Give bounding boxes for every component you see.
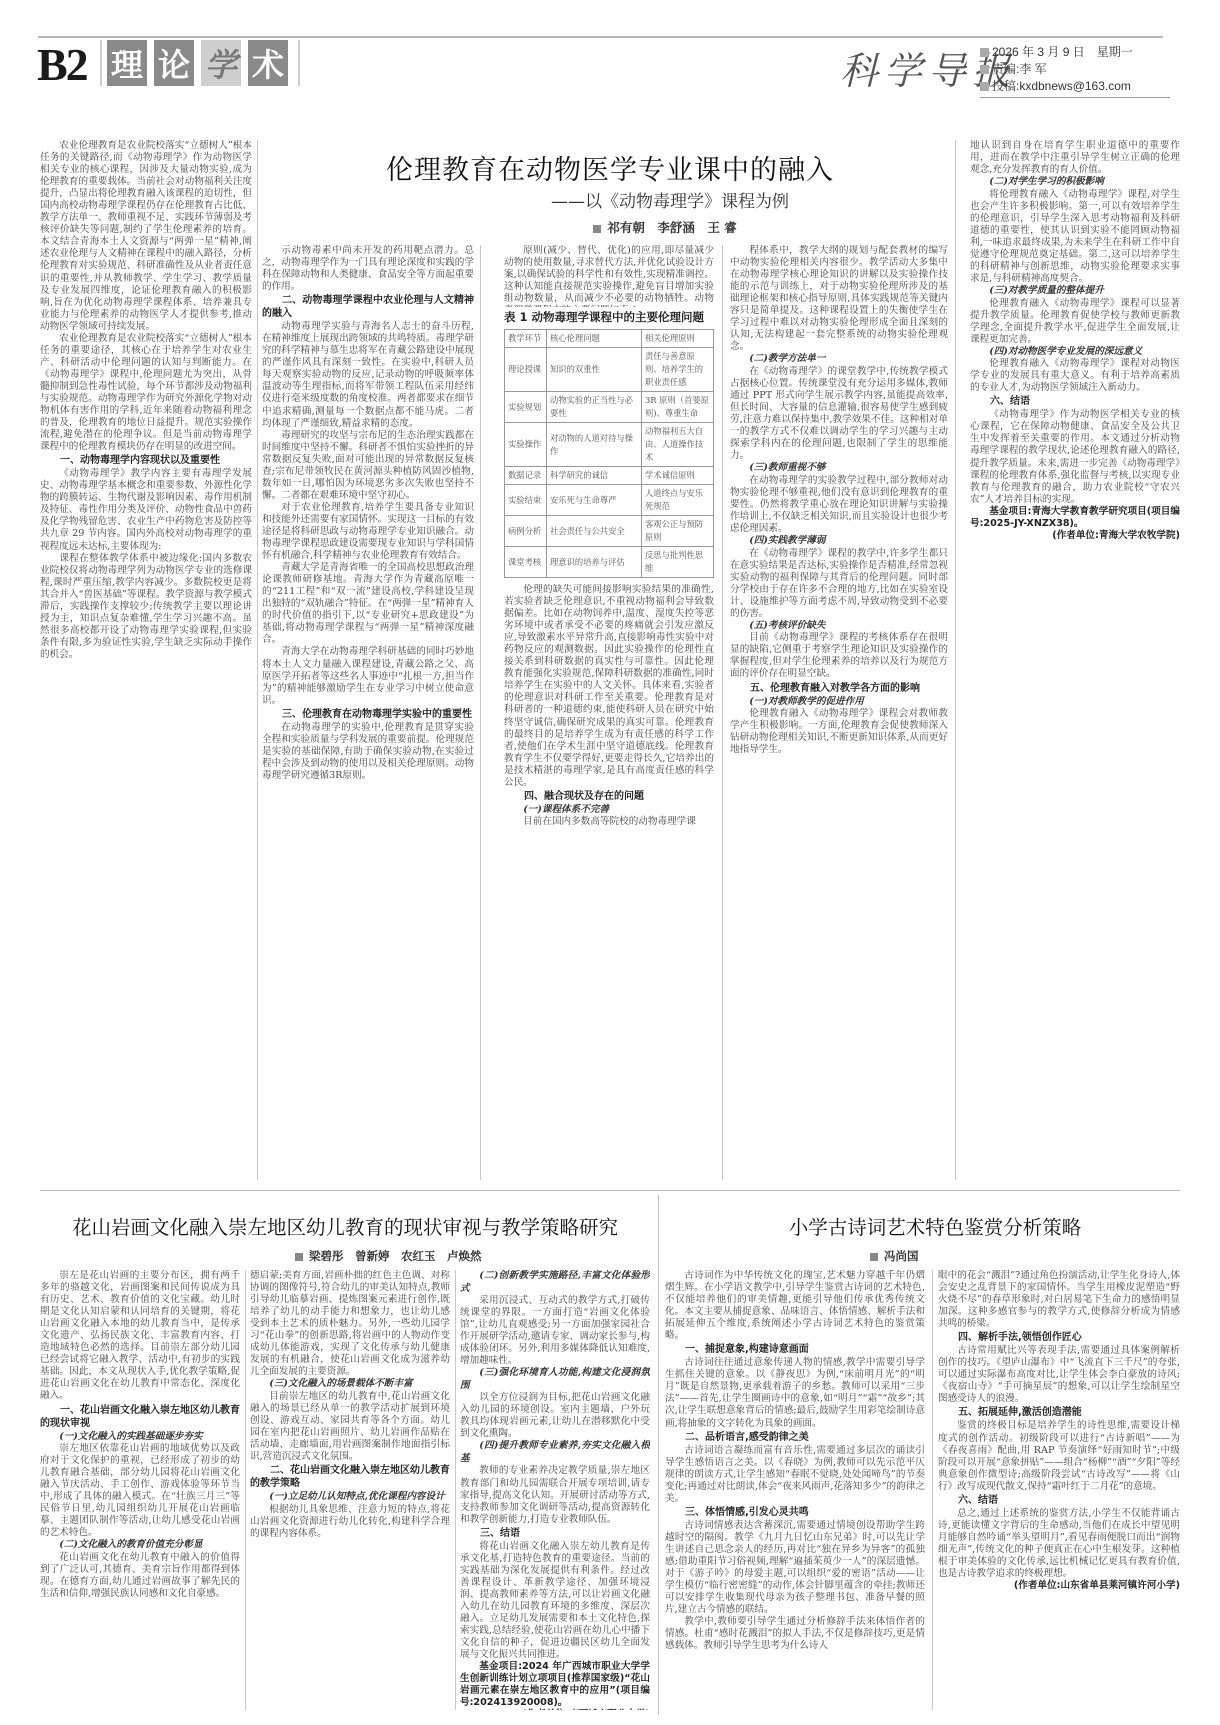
- article2-column-1: 崇左是花山岩画的主要分布区，拥有两千多年的骆越文化，岩画图案和民间传说成为具有历…: [40, 1270, 240, 1710]
- table: 教学环节 核心伦理问题 相关伦理原则 理论授课 知识的双重性 责任与善意原则、培…: [504, 329, 714, 578]
- table-cell: 社会责任与公共安全: [547, 516, 642, 547]
- column-divider: [955, 140, 956, 1180]
- square-bullet-icon: [593, 225, 601, 233]
- square-bullet-icon: [980, 82, 989, 91]
- subsection-heading: (二)对学生学习的积极影响: [970, 176, 1180, 189]
- table-cell: 学术诚信原则: [642, 467, 714, 485]
- table-cell: 科学研究的诚信: [547, 467, 642, 485]
- paragraph: 课程在整体教学体系中被边缘化:国内多数农业院校仅将动物毒理学列为动物医学专业的选…: [40, 553, 252, 661]
- article1-column-4: 程体系中，教学大纲的规划与配套教材的编写中动物实验伦理相关内容很少。教学活动大多…: [730, 245, 948, 1185]
- subsection-heading: (三)对教学质量的整体提升: [970, 285, 1180, 298]
- paragraph: 古诗词往往通过意象传递人物的情感,教学中需要引导学生抓住关键的意象。以《静夜思》…: [665, 1357, 925, 1429]
- article1-column-1: 农业伦理教育是农业院校落实“立德树人”根本任务的关键路径,而《动物毒理学》作为动…: [40, 140, 252, 1185]
- table-cell: 反思与批判性思维: [642, 547, 714, 578]
- subsection-heading: (三)文化融入的场景载体不断丰富: [250, 1378, 450, 1391]
- subsection-heading: (五)考核评价缺失: [730, 620, 948, 633]
- fund-note: 基金项目:2024 年广西城市职业大学学生创新训练计划立项项目(推荐国家级)“花…: [460, 1661, 650, 1709]
- article2-authors: 梁碧彤 曾新婷 农红玉 卢焕然: [295, 1248, 482, 1264]
- table-cell: 病例分析: [505, 516, 547, 547]
- paragraph: 青海大学在动物毒理学科研基础的同时巧妙地将本土人文力量融入课程建设,青藏公路之父…: [262, 646, 474, 706]
- table-cell: 人道终点与安乐死规范: [642, 485, 714, 516]
- paragraph: 总之,通过上述系统的鉴赏方法,小学生不仅能背诵古诗,更能读懂文字背后的生命感动,…: [938, 1508, 1180, 1580]
- section-heading: 一、花山岩画文化融入崇左地区幼儿教育的现状审视: [40, 1404, 240, 1430]
- subsection-heading: (一)文化融入的实践基础逐步夯实: [40, 1431, 240, 1444]
- paragraph: 教师的专业素养决定教学质量,崇左地区教育部门和幼儿园需联合开展专项培训,请专家指…: [460, 1465, 650, 1525]
- paragraph: 对于农业伦理教育,培养学生要具备专业知识和技能外还需要有家国情怀。实现这一目标的…: [262, 502, 474, 562]
- section-heading: 三、伦理教育在动物毒理学实验中的重要性: [262, 708, 474, 721]
- paragraph: 动物毒理学实验与青海名人志士的奋斗历程,在精神维度上展现出跨领域的共鸣特质。毒理…: [262, 321, 474, 429]
- section-heading: 五、伦理教育融入对教学各方面的影响: [730, 682, 948, 695]
- column-divider: [455, 1270, 456, 1710]
- section-heading: 六、结语: [970, 395, 1180, 408]
- article1-column-3-bottom: 伦理的缺失可能间接影响实验结果的准确性,若实验者缺乏伦理意识,不重视动物福利会导…: [504, 584, 714, 1184]
- article3-column-2: 眼中的花会“溅泪”?通过角色扮演活动,让学生化身诗人,体会安史之乱背景下的家国情…: [938, 1270, 1180, 1710]
- subsection-heading: (一)课程体系不完善: [504, 804, 714, 817]
- paragraph: 《动物毒理学》作为动物医学相关专业的核心课程，它在保障动物健康、食品安全及公共卫…: [970, 409, 1180, 505]
- author-names: 祁有朝 李舒涵 王 睿: [607, 220, 736, 235]
- article3-title: 小学古诗词艺术特色鉴赏分析策略: [700, 1212, 1170, 1240]
- table-cell: 3R 原则（首要原则)、尊重生命: [642, 392, 714, 423]
- article1-title: 伦理教育在动物医学专业课中的融入: [300, 148, 920, 187]
- author-names: 冯尚国: [884, 1249, 919, 1263]
- table-header: 相关伦理原则: [642, 330, 714, 348]
- subsection-heading: (四)对动物医学专业发展的深远意义: [970, 346, 1180, 359]
- section-heading: 四、融合现状及存在的问题: [504, 790, 714, 803]
- table-row: 实验操作 对动物的人道对待与操作 动物福利五大自由、人道操作技术: [505, 423, 714, 467]
- ethics-table: 表 1 动物毒理学课程中的主要伦理问题 教学环节 核心伦理问题 相关伦理原则 理…: [504, 309, 714, 578]
- section-heading: 四、解析手法,领悟创作匠心: [938, 1331, 1180, 1344]
- paragraph: 将伦理教育融入《动物毒理学》课程,对学生也会产生许多积极影响。第一,可以有效培养…: [970, 189, 1180, 285]
- square-bullet-icon: [295, 1253, 303, 1261]
- paragraph: 崇左地区依靠花山岩画的地域优势以及政府对于文化保护的重视，已经形成了初步的幼儿教…: [40, 1443, 240, 1539]
- column-divider: [722, 245, 723, 1180]
- paragraph: 古诗词情感表达含蓄深沉,需要通过情境创设帮助学生跨越时空的隔阂。教学《九月九日忆…: [665, 1520, 925, 1616]
- subsection-heading: (一)立足幼儿认知特点,优化课程内容设计: [250, 1491, 450, 1504]
- abstract: 农业伦理教育是农业院校落实“立德树人”根本任务的关键路径,而《动物毒理学》作为动…: [40, 140, 252, 333]
- table-cell: 动物福利五大自由、人道操作技术: [642, 423, 714, 467]
- section-heading: 三、体悟情感,引发心灵共鸣: [665, 1506, 925, 1519]
- subsection-heading: (四)实践教学薄弱: [730, 535, 948, 548]
- paragraph: 原则(减少、替代、优化)的应用,即尽量减少动物的使用数量,寻求替代方法,并优化试…: [504, 245, 714, 307]
- square-bullet-icon: [870, 1253, 878, 1261]
- article2-title: 花山岩画文化融入崇左地区幼儿教育的现状审视与教学策略研究: [40, 1212, 650, 1240]
- fund-note: 基金项目:青海大学教育教学研究项目(项目编号:2025-JY-XNZX38)。: [970, 506, 1180, 530]
- table-row: 数据记录 科学研究的诚信 学术诚信原则: [505, 467, 714, 485]
- subsection-heading: (三)强化环境育人功能,构建文化浸润氛围: [460, 1367, 650, 1392]
- table-cell: 实验结束: [505, 485, 547, 516]
- paragraph: 伦理教育融入《动物毒理学》课程会对教师教学产生积极影响。一方面,伦理教育会促使教…: [730, 708, 948, 756]
- subsection-heading: (二)创新教学实施路径,丰富文化体验形式: [460, 1270, 650, 1295]
- table-header: 教学环节: [505, 330, 547, 348]
- paragraph: 青藏大学是青海省唯一的全国高校思想政治理论课教师研修基地。青海大学作为青藏高原唯…: [262, 562, 474, 646]
- paragraph: 采用沉浸式、互动式的教学方式,打破传统课堂的界限。一方面打造“岩画文化体验馆”,…: [460, 1295, 650, 1367]
- section-heading: 二、花山岩画文化融入崇左地区幼儿教育的教学策略: [250, 1464, 450, 1490]
- paragraph: 在《动物毒理学》的课堂教学中,传统教学模式占据核心位置。传统课堂没有充分运用多媒…: [730, 366, 948, 462]
- section-title: 理 论 学 术: [107, 40, 288, 86]
- section-char: 论: [154, 40, 194, 86]
- table-cell: 客观公正与预防原则: [642, 516, 714, 547]
- author-names: 梁碧彤 曾新婷 农红玉 卢焕然: [309, 1249, 482, 1263]
- table-cell: 对动物的人道对待与操作: [547, 423, 642, 467]
- article1-column-3-top: 原则(减少、替代、优化)的应用,即尽量减少动物的使用数量,寻求替代方法,并优化试…: [504, 245, 714, 307]
- column-divider: [480, 245, 481, 1180]
- table-cell: 安乐死与生命尊严: [547, 485, 642, 516]
- article1-subtitle: ——以《动物毒理学》课程为例: [470, 187, 870, 212]
- square-bullet-icon: [980, 65, 989, 74]
- paragraph: 示动物毒素中尚未开发的药用靶点潜力。总之，动物毒理学作为一门具有理论深度和实践的…: [262, 245, 474, 293]
- section-heading: 五、拓展延伸,激活创造潜能: [938, 1406, 1180, 1419]
- article-divider: [40, 1190, 1180, 1191]
- paragraph: 根据幼儿具象思维、注意力短的特点,将花山岩画文化资源进行幼儿化转化,构建科学合理…: [250, 1504, 450, 1540]
- subsection-heading: (二)教学方法单一: [730, 353, 948, 366]
- paragraph: 程体系中，教学大纲的规划与配套教材的编写中动物实验伦理相关内容很少。教学活动大多…: [730, 245, 948, 353]
- column-divider: [658, 1195, 659, 1715]
- table-row: 病例分析 社会责任与公共安全 客观公正与预防原则: [505, 516, 714, 547]
- paragraph: 在动物毒理学的实验中,伦理教育是贯穿实验全程和实验质量与学科发展的重要前提。伦理…: [262, 722, 474, 782]
- paragraph: 毒理研究的攻坚与宗布尼的生态治理实践都在时间维度中坚持不懈。科研者不惧怕实验挫折…: [262, 430, 474, 502]
- subsection-heading: (四)提升教师专业素养,夯实文化融入根基: [460, 1440, 650, 1465]
- paragraph: 眼中的花会“溅泪”?通过角色扮演活动,让学生化身诗人,体会安史之乱背景下的家国情…: [938, 1270, 1180, 1330]
- paragraph: 古诗词语言凝练而富有音乐性,需要通过多层次的诵读引导学生感悟语言之美。以《春晓》…: [665, 1445, 925, 1505]
- table-header: 核心伦理问题: [547, 330, 642, 348]
- author-affiliation: (作者单位:青海大学农牧学院): [970, 530, 1180, 542]
- paragraph: 在《动物毒理学》课程的教学中,许多学生都只在意实验结果是否达标,实验操作是否精准…: [730, 548, 948, 620]
- author-affiliation: (作者单位:山东省单县莱河镇许河小学): [938, 1580, 1180, 1592]
- paragraph: 伦理的缺失可能间接影响实验结果的准确性,若实验者缺乏伦理意识,不重视动物福利会导…: [504, 584, 714, 789]
- table-row: 理论授课 知识的双重性 责任与善意原则、培养学生的职业责任感: [505, 348, 714, 392]
- article1-authors: 祁有朝 李舒涵 王 睿: [500, 218, 830, 236]
- issue-date: 2026 年 3 月 9 日 星期一: [992, 44, 1133, 61]
- section-heading: 二、动物毒理学课程中农业伦理与人文精神的融入: [262, 294, 474, 320]
- table-cell: 实验规划: [505, 392, 547, 423]
- article3-column-1: 古诗词作为中华传统文化的瑰宝,艺术魅力穿越千年仍熠熠生辉。在小学语文教学中,引导…: [665, 1270, 925, 1710]
- table-row: 实验结束 安乐死与生命尊严 人道终点与安乐死规范: [505, 485, 714, 516]
- divider: [298, 40, 300, 86]
- paragraph: 伦理教育融入《动物毒理学》课程对动物医学专业的发展具有重大意义。有利于培养高素质…: [970, 358, 1180, 394]
- paragraph: 鉴赏的终极目标是培养学生的诗性思维,需要设计梯度式的创作活动。初级阶段可以进行“…: [938, 1420, 1180, 1492]
- paragraph: 《动物毒理学》教学内容主要有毒理学发展史、动物毒理学基本概念和重要参数、外源性化…: [40, 468, 252, 552]
- submission-email[interactable]: 投稿:kxdbnews@163.com: [992, 78, 1131, 95]
- section-heading: 二、品析语言,感受韵律之美: [665, 1431, 925, 1444]
- paragraph: 目前崇左地区的幼儿教育中,花山岩画文化融入的场景已经从单一的教学活动扩展到环境创…: [250, 1391, 450, 1463]
- column-divider: [257, 140, 258, 1180]
- paragraph: 德启蒙;美育方面,岩画朴拙的红色主色调、对称协调的图像符号,符合幼儿的审美认知特…: [250, 1270, 450, 1378]
- section-heading: 六、结语: [938, 1494, 1180, 1507]
- section-char: 学: [201, 40, 241, 86]
- paragraph: 古诗词作为中华传统文化的瑰宝,艺术魅力穿越千年仍熠熠生辉。在小学语文教学中,引导…: [665, 1270, 925, 1342]
- paragraph: 目前在国内多数高等院校的动物毒理学课: [504, 816, 714, 828]
- article2-column-2: 德启蒙;美育方面,岩画朴拙的红色主色调、对称协调的图像符号,符合幼儿的审美认知特…: [250, 1270, 450, 1710]
- paragraph: 花山岩画文化在幼儿教育中融入的价值得到了广泛认可,其德育、美育宗旨作用都得到体现…: [40, 1552, 240, 1600]
- paragraph: 崇左是花山岩画的主要分布区，拥有两千多年的骆越文化，岩画图案和民间传说成为具有历…: [40, 1270, 240, 1403]
- column-divider: [932, 1270, 933, 1710]
- masthead: B2 理 论 学 术 科学导报 2026 年 3 月 9 日 星期一 责编:李 …: [0, 0, 1220, 125]
- paragraph: 古诗常用赋比兴等表现手法,需要通过具体案例解析创作的技巧。《望庐山瀑布》中“飞流…: [938, 1345, 1180, 1405]
- section-heading: 三、结语: [460, 1527, 650, 1540]
- article2-column-3: (二)创新教学实施路径,丰富文化体验形式 采用沉浸式、互动式的教学方式,打破传统…: [460, 1270, 650, 1710]
- table-cell: 课堂考核: [505, 547, 547, 578]
- square-bullet-icon: [980, 48, 989, 57]
- paragraph: 目前《动物毒理学》课程的考核体系存在很明显的缺陷,它侧重于考察学生理论知识及实验…: [730, 632, 948, 680]
- column-divider: [245, 1270, 246, 1710]
- author-affiliation: (作者单位:广西城市职业大学): [460, 1709, 650, 1710]
- issue-info: 2026 年 3 月 9 日 星期一 责编:李 军 投稿:kxdbnews@16…: [980, 44, 1170, 98]
- paragraph: 以全方位浸润为目标,把花山岩画文化融入幼儿园的环境创设。室内主题墙、户外玩教具均…: [460, 1392, 650, 1440]
- table-row: 课堂考核 理意识的培养与评估 反思与批判性思维: [505, 547, 714, 578]
- table-cell: 知识的双重性: [547, 348, 642, 392]
- masthead-rule: [38, 36, 1163, 38]
- table-cell: 数据记录: [505, 467, 547, 485]
- section-heading: 一、动物毒理学内容现状以及重要性: [40, 454, 252, 467]
- article1-column-5: 地认识到自身在培育学生职业道德中的重要作用，进而在教学中注重引导学生树立正确的伦…: [970, 140, 1180, 1185]
- paragraph: 在动物毒理学的实验教学过程中,部分教师对动物实验伦理不够重视,他们没有意识到伦理…: [730, 475, 948, 535]
- subsection-heading: (二)文化融入的教育价值充分彰显: [40, 1539, 240, 1552]
- article3-authors: 冯尚国: [870, 1248, 919, 1264]
- editor: 责编:李 军: [992, 61, 1047, 78]
- subsection-heading: (三)教师重视不够: [730, 462, 948, 475]
- section-heading: 一、捕捉意象,构建诗意画面: [665, 1343, 925, 1356]
- page-number: B2: [37, 40, 87, 90]
- table-row: 实验规划 动物实验的正当性与必要性 3R 原则（首要原则)、尊重生命: [505, 392, 714, 423]
- table-title: 表 1 动物毒理学课程中的主要伦理问题: [504, 309, 714, 325]
- table-cell: 动物实验的正当性与必要性: [547, 392, 642, 423]
- paragraph: 农业伦理教育是农业院校落实“立德树人”根本任务的重要途径，其核心在于培养学生对农…: [40, 333, 252, 453]
- section-char: 理: [107, 40, 147, 86]
- paragraph: 伦理教育融入《动物毒理学》课程可以显著提升教学质量。伦理教育促使学校与教师更新教…: [970, 298, 1180, 346]
- subsection-heading: (一)对教师教学的促进作用: [730, 696, 948, 709]
- paragraph: 地认识到自身在培育学生职业道德中的重要作用，进而在教学中注重引导学生树立正确的伦…: [970, 140, 1180, 176]
- table-header-row: 教学环节 核心伦理问题 相关伦理原则: [505, 330, 714, 348]
- table-cell: 理意识的培养与评估: [547, 547, 642, 578]
- table-cell: 实验操作: [505, 423, 547, 467]
- paragraph: 教学中,教师要引导学生通过分析修辞手法来体悟作者的情感。杜甫“感时花溅泪”的拟人…: [665, 1616, 925, 1652]
- divider: [100, 40, 102, 86]
- table-cell: 责任与善意原则、培养学生的职业责任感: [642, 348, 714, 392]
- article1-column-2: 示动物毒素中尚未开发的药用靶点潜力。总之，动物毒理学作为一门具有理论深度和实践的…: [262, 245, 474, 1185]
- section-char: 术: [248, 40, 288, 86]
- table-cell: 理论授课: [505, 348, 547, 392]
- paragraph: 将花山岩画文化融入崇左幼儿教育是传承文化基,打造特色教育的重要途径。当前的实践基…: [460, 1541, 650, 1661]
